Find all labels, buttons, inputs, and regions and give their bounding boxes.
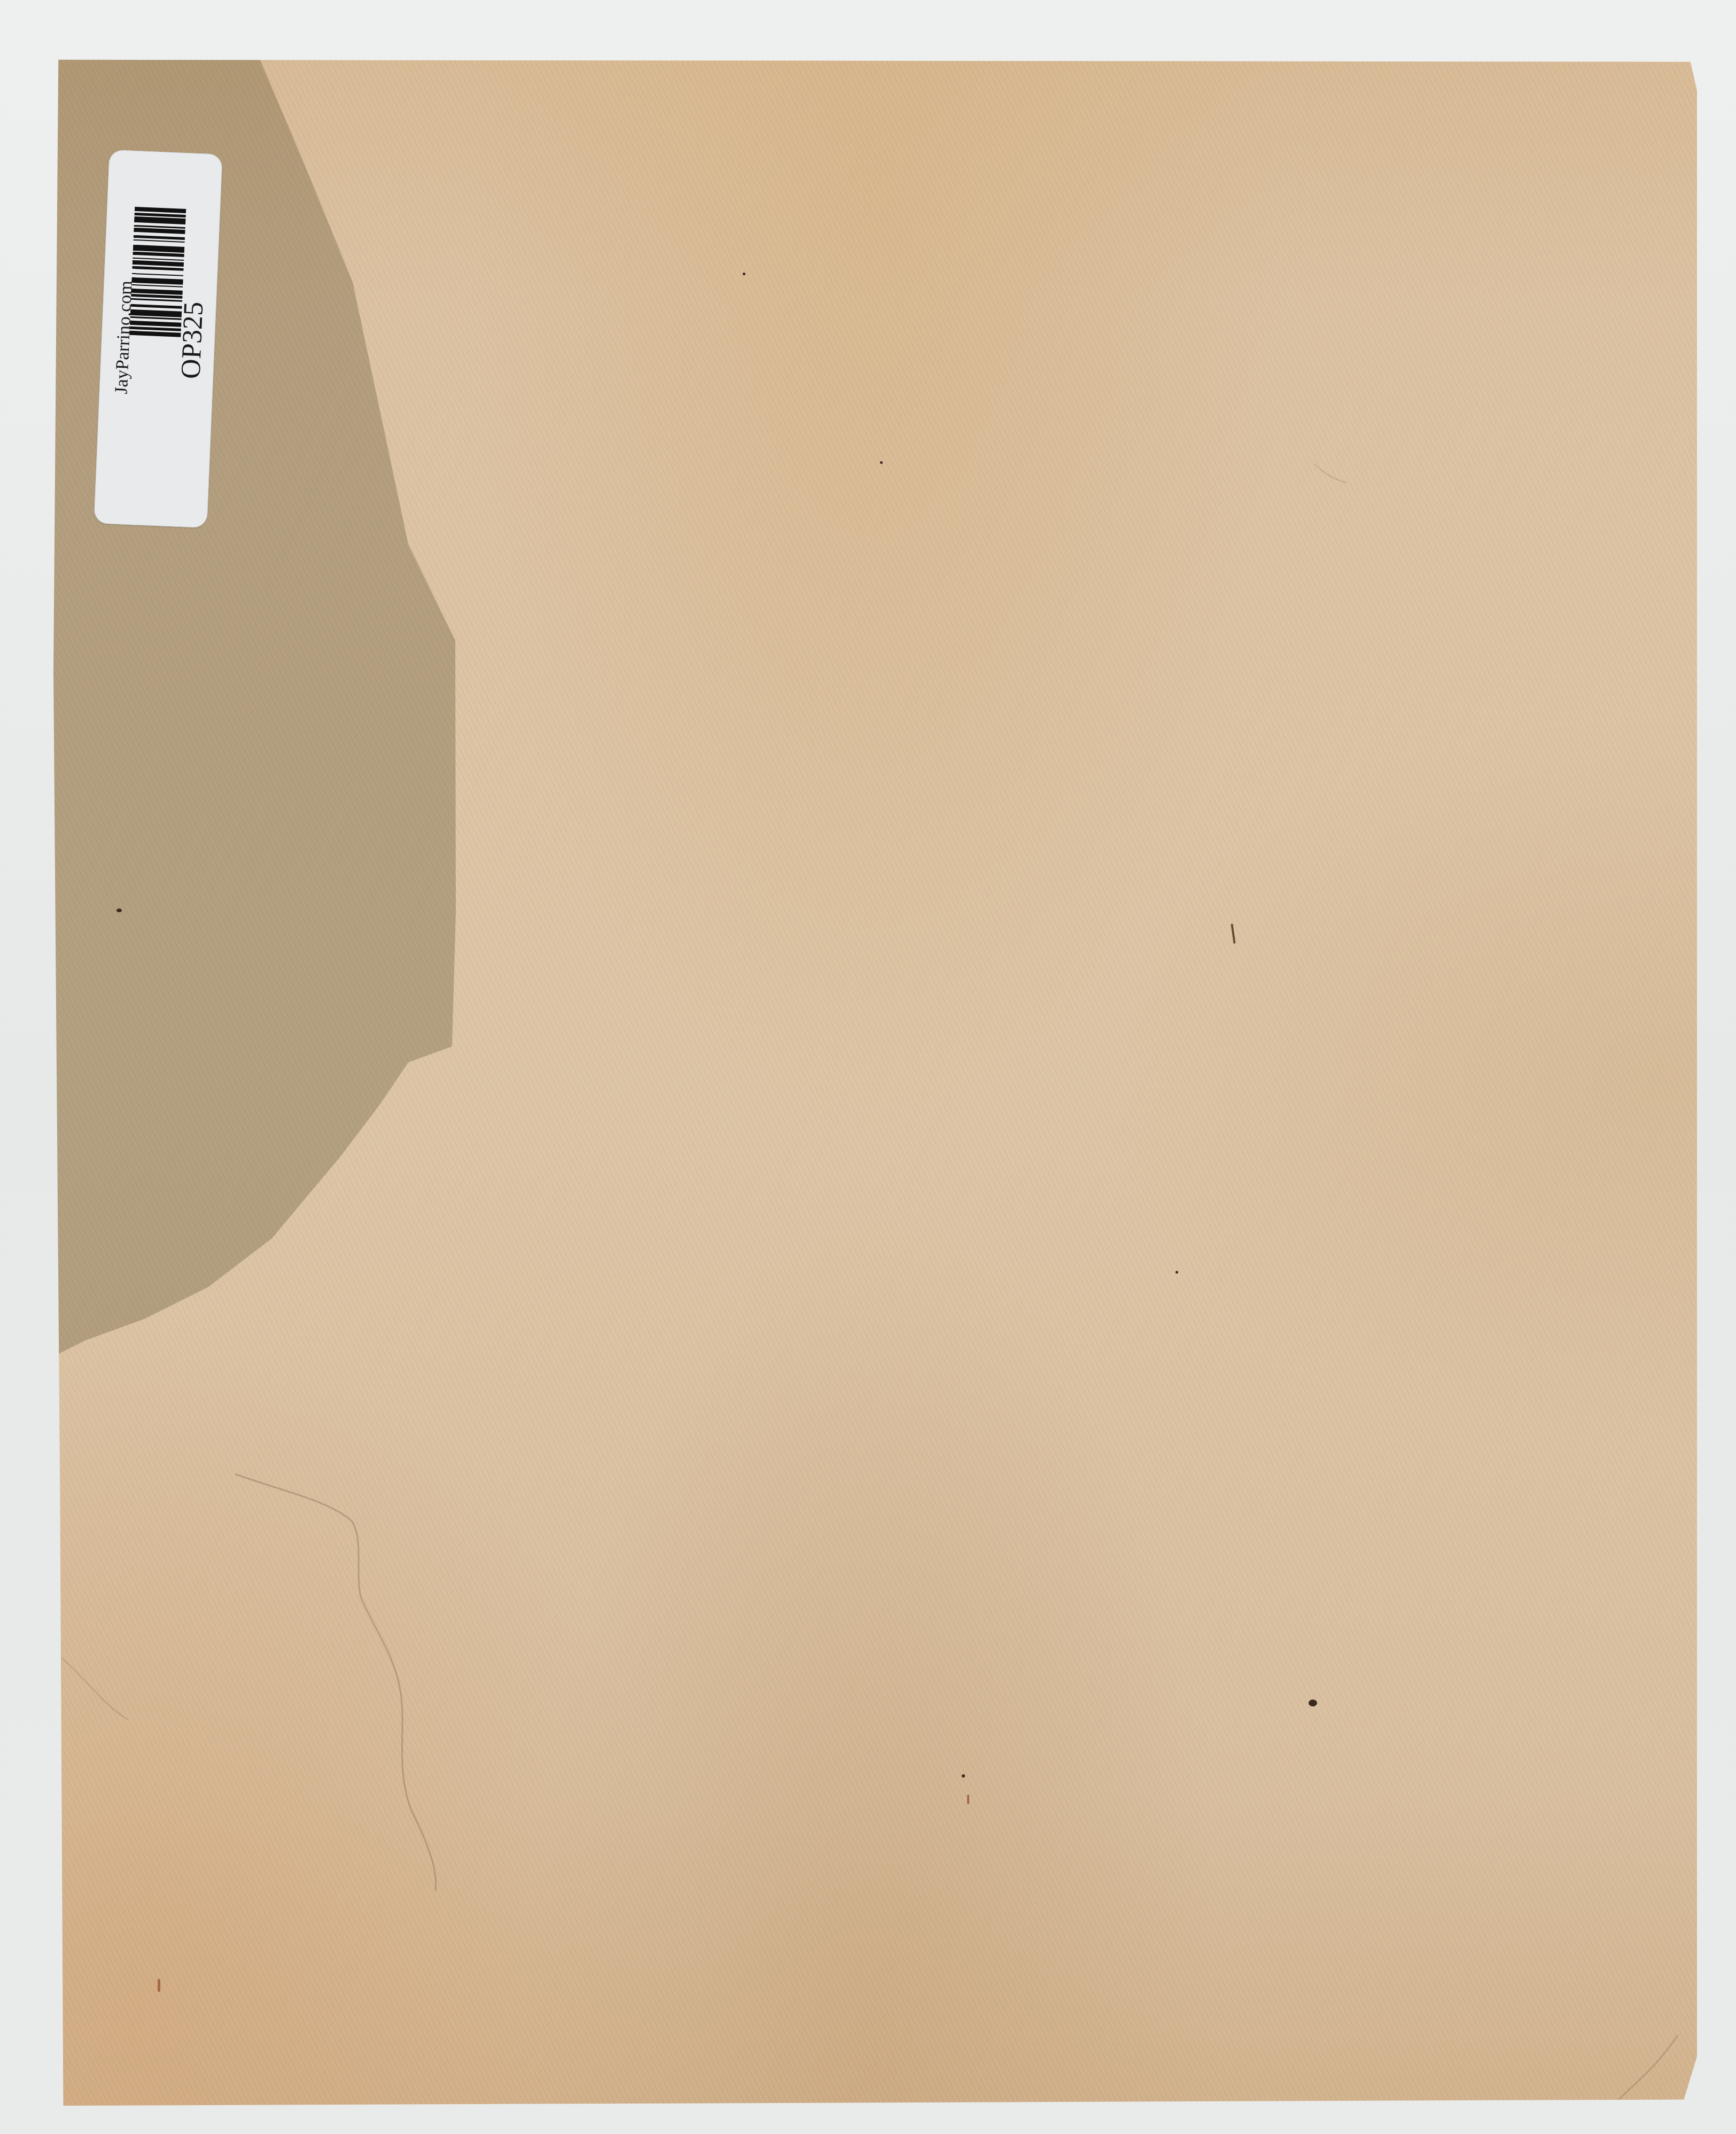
paper-sheet	[53, 58, 1697, 2106]
ink-spot	[116, 909, 122, 912]
label-item-code: OP325	[175, 301, 209, 379]
ink-spot	[743, 273, 745, 275]
ink-spot	[962, 1774, 965, 1778]
ink-spot	[1309, 1700, 1317, 1706]
paper-texture	[53, 58, 1697, 2106]
paper-fiber	[158, 1979, 160, 1992]
ink-spot	[880, 461, 883, 464]
paper-fiber	[967, 1795, 969, 1804]
ink-spot	[1176, 1271, 1178, 1274]
inventory-barcode-label: JayParrino.com OP325	[94, 150, 222, 528]
